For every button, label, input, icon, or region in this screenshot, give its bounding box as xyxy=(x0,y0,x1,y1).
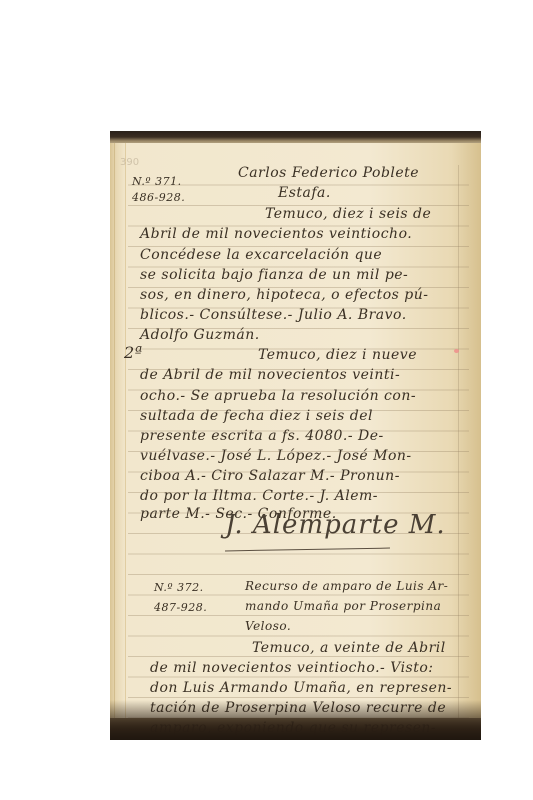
body-line: don Luis Armando Umaña, en represen- xyxy=(150,680,452,696)
body-line: Abril de mil novecientos veintiocho. xyxy=(140,226,412,242)
body-line: ciboa A.- Ciro Salazar M.- Pronun- xyxy=(140,468,400,484)
body-line: blicos.- Consúltese.- Julio A. Bravo. xyxy=(140,307,407,323)
body-line: vuélvase.- José L. López.- José Mon- xyxy=(140,448,412,464)
body-line: Concédese la excarcelación que xyxy=(140,247,382,263)
body-line: de mil novecientos veintiocho.- Visto: xyxy=(150,660,434,676)
body-line: Temuco, diez i seis de xyxy=(265,206,431,222)
ledger-photo: 390 N.º 371. 486-928. Carlos Federico Po… xyxy=(110,131,481,740)
body-line: sos, en dinero, hipoteca, o efectos pú- xyxy=(140,287,428,303)
entry-title: Recurso de amparo de Luis Ar- xyxy=(245,579,448,593)
entry-reference: 487-928. xyxy=(154,601,207,614)
entry-title: Veloso. xyxy=(245,619,291,633)
body-line: presente escrita a fs. 4080.- De- xyxy=(140,428,384,444)
entry-subtitle: Estafa. xyxy=(278,185,331,201)
entry-reference: 486-928. xyxy=(132,191,185,204)
ledger-page: 390 N.º 371. 486-928. Carlos Federico Po… xyxy=(110,143,481,718)
entry-number: N.º 371. xyxy=(132,175,182,188)
body-line: do por la Iltma. Corte.- J. Alem- xyxy=(140,488,378,504)
signature: J. Alemparte M. xyxy=(225,510,446,540)
entry-title: mando Umaña por Proserpina xyxy=(245,599,441,613)
instance-mark: 2ª xyxy=(124,343,143,362)
faint-page-number: 390 xyxy=(120,157,139,168)
body-line: Adolfo Guzmán. xyxy=(140,327,260,343)
laser-dot-artifact xyxy=(454,349,459,353)
body-line: Temuco, a veinte de Abril xyxy=(252,640,446,656)
entry-title: Carlos Federico Poblete xyxy=(238,165,419,181)
body-line: de Abril de mil novecientos veinti- xyxy=(140,367,400,383)
entry-number: N.º 372. xyxy=(154,581,204,594)
bottom-shadow xyxy=(110,700,481,740)
body-line: sultada de fecha diez i seis del xyxy=(140,408,373,424)
body-line: Temuco, diez i nueve xyxy=(258,347,417,363)
body-line: se solicita bajo fianza de un mil pe- xyxy=(140,267,408,283)
right-margin-rule xyxy=(458,165,459,718)
body-line: ocho.- Se aprueba la resolución con- xyxy=(140,388,416,404)
page-edge xyxy=(114,143,126,718)
